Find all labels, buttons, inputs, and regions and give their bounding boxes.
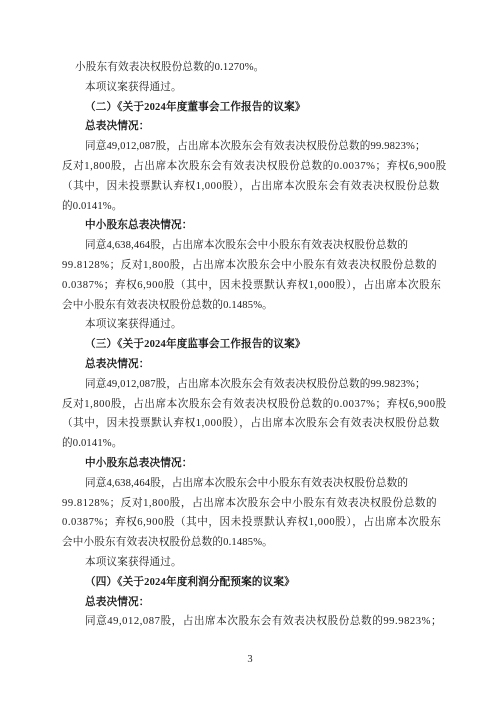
proposal-heading: （四）《关于2024年度利润分配预案的议案》: [62, 573, 438, 593]
proposal-heading: （二）《关于2024年度董事会工作报告的议案》: [62, 98, 438, 118]
document-line: 99.8128%；反对1,800股，占出席本次股东会中小股东有效表决权股份总数的: [62, 494, 438, 514]
document-line: 同意49,012,087股，占出席本次股东会有效表决权股份总数的99.9823%…: [62, 137, 438, 157]
document-line: 反对1,800股，占出席本次股东会有效表决权股份总数的0.0037%；弃权6,9…: [62, 157, 438, 177]
document-line: 同意49,012,087股，占出席本次股东会有效表决权股份总数的99.9823%…: [62, 375, 438, 395]
document-line: 会中小股东有效表决权股份总数的0.1485%。: [62, 533, 438, 553]
document-line: 会中小股东有效表决权股份总数的0.1485%。: [62, 296, 438, 316]
text-block: 小股东有效表决权股份总数的0.1270%。 本项议案获得通过。 （二）《关于20…: [62, 58, 438, 632]
document-line: 0.0387%；弃权6,900股（其中，因未投票默认弃权1,000股），占出席本…: [62, 513, 438, 533]
document-line: 的0.0141%。: [62, 434, 438, 454]
document-line: （其中，因未投票默认弃权1,000股），占出席本次股东会有效表决权股份总数: [62, 414, 438, 434]
document-line: 本项议案获得通过。: [62, 553, 438, 573]
section-heading: 总表决情况：: [62, 355, 438, 375]
document-line: 99.8128%；反对1,800股，占出席本次股东会中小股东有效表决权股份总数的: [62, 256, 438, 276]
document-line: 同意49,012,087股，占出席本次股东会有效表决权股份总数的99.9823%…: [62, 612, 438, 632]
document-line: 本项议案获得通过。: [62, 315, 438, 335]
page-number: 3: [0, 654, 500, 665]
proposal-heading: （三）《关于2024年度监事会工作报告的议案》: [62, 335, 438, 355]
document-line: 同意4,638,464股，占出席本次股东会中小股东有效表决权股份总数的: [62, 474, 438, 494]
section-heading: 总表决情况：: [62, 593, 438, 613]
document-line: 本项议案获得通过。: [62, 78, 438, 98]
document-line: （其中，因未投票默认弃权1,000股），占出席本次股东会有效表决权股份总数: [62, 177, 438, 197]
document-line: 同意4,638,464股，占出席本次股东会中小股东有效表决权股份总数的: [62, 236, 438, 256]
section-heading: 总表决情况：: [62, 117, 438, 137]
document-page: 小股东有效表决权股份总数的0.1270%。 本项议案获得通过。 （二）《关于20…: [0, 0, 500, 707]
section-heading: 中小股东总表决情况：: [62, 454, 438, 474]
document-line: 0.0387%；弃权6,900股（其中，因未投票默认弃权1,000股），占出席本…: [62, 276, 438, 296]
document-line: 的0.0141%。: [62, 197, 438, 217]
document-line: 小股东有效表决权股份总数的0.1270%。: [62, 58, 438, 78]
section-heading: 中小股东总表决情况：: [62, 216, 438, 236]
document-line: 反对1,800股，占出席本次股东会有效表决权股份总数的0.0037%；弃权6,9…: [62, 395, 438, 415]
